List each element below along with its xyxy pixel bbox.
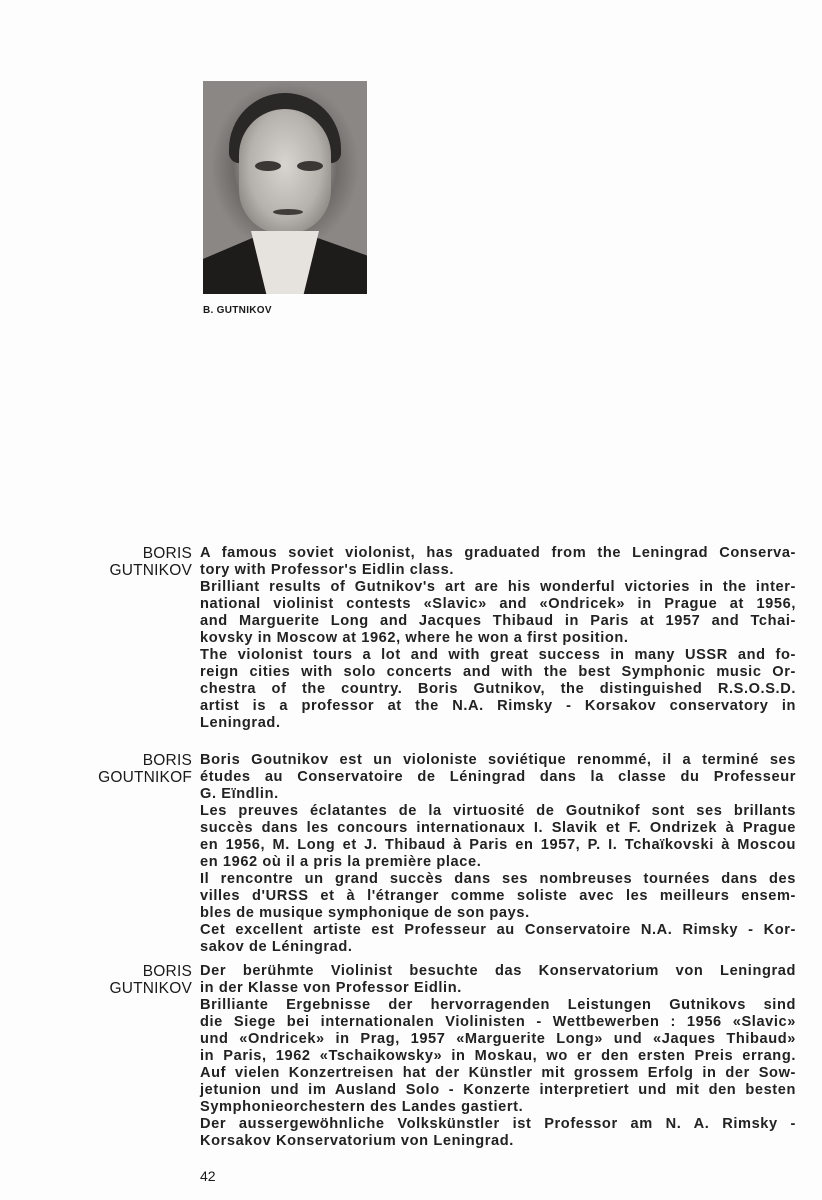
text-line: Brilliant results of Gutnikov's art are … [200,579,796,596]
photo-caption: B. GUTNIKOV [203,305,272,316]
text-line: Leningrad. [200,715,796,732]
photo-eye-shape [255,161,281,171]
text-line: en 1956, M. Long et J. Thibaud à Paris e… [200,837,796,854]
text-line: Boris Goutnikov est un violoniste soviét… [200,752,796,769]
label-first-name: BORIS [60,752,192,769]
text-line: A famous soviet violonist, has graduated… [200,545,796,562]
text-line: Cet excellent artiste est Professeur au … [200,922,796,939]
label-first-name: BORIS [60,963,192,980]
text-line: Korsakov Konservatorium von Leningrad. [200,1133,796,1150]
text-line: chestra of the country. Boris Gutnikov, … [200,681,796,698]
text-line: succès dans les concours internationaux … [200,820,796,837]
text-line: and Marguerite Long and Jacques Thibaud … [200,613,796,630]
text-line: bles de musique symphonique de son pays. [200,905,796,922]
text-line: und «Ondricek» in Prag, 1957 «Marguerite… [200,1031,796,1048]
text-line: die Siege bei internationalen Violiniste… [200,1014,796,1031]
text-line: G. Eïndlin. [200,786,796,803]
text-line: Les preuves éclatantes de la virtuosité … [200,803,796,820]
text-line: Der aussergewöhnliche Volkskünstler ist … [200,1116,796,1133]
text-line: Brilliante Ergebnisse der hervorragenden… [200,997,796,1014]
label-last-name: GUTNIKOV [60,562,192,579]
text-line: artist is a professor at the N.A. Rimsky… [200,698,796,715]
label-last-name: GOUTNIKOF [60,769,192,786]
text-line: Symphonieorchestern des Landes gastiert. [200,1099,796,1116]
text-line: Auf vielen Konzertreisen hat der Künstle… [200,1065,796,1082]
section-body: Boris Goutnikov est un violoniste soviét… [200,752,796,956]
section-label: BORIS GUTNIKOV [60,545,192,579]
photo-eye-shape [297,161,323,171]
text-line: Der berühmte Violinist besuchte das Kons… [200,963,796,980]
section-body: A famous soviet violonist, has graduated… [200,545,796,732]
page-number: 42 [200,1168,216,1184]
text-line: kovsky in Moscow at 1962, where he won a… [200,630,796,647]
text-line: Il rencontre un grand succès dans ses no… [200,871,796,888]
section-body: Der berühmte Violinist besuchte das Kons… [200,963,796,1150]
label-first-name: BORIS [60,545,192,562]
section-label: BORIS GOUTNIKOF [60,752,192,786]
photo-face-shape [239,109,331,234]
text-line: in der Klasse von Professor Eidlin. [200,980,796,997]
text-line: The violonist tours a lot and with great… [200,647,796,664]
portrait-photo [203,81,367,294]
text-line: sakov de Léningrad. [200,939,796,956]
text-line: in Paris, 1962 «Tschaikowsky» in Moskau,… [200,1048,796,1065]
text-line: reign cities with solo concerts and with… [200,664,796,681]
text-line: études au Conservatoire de Léningrad dan… [200,769,796,786]
text-line: jetunion und im Ausland Solo - Konzerte … [200,1082,796,1099]
section-label: BORIS GUTNIKOV [60,963,192,997]
text-line: tory with Professor's Eidlin class. [200,562,796,579]
label-last-name: GUTNIKOV [60,980,192,997]
text-line: national violinist contests «Slavic» and… [200,596,796,613]
photo-mouth-shape [273,209,303,215]
text-line: en 1962 où il a pris la première place. [200,854,796,871]
text-line: villes d'URSS et à l'étranger comme soli… [200,888,796,905]
